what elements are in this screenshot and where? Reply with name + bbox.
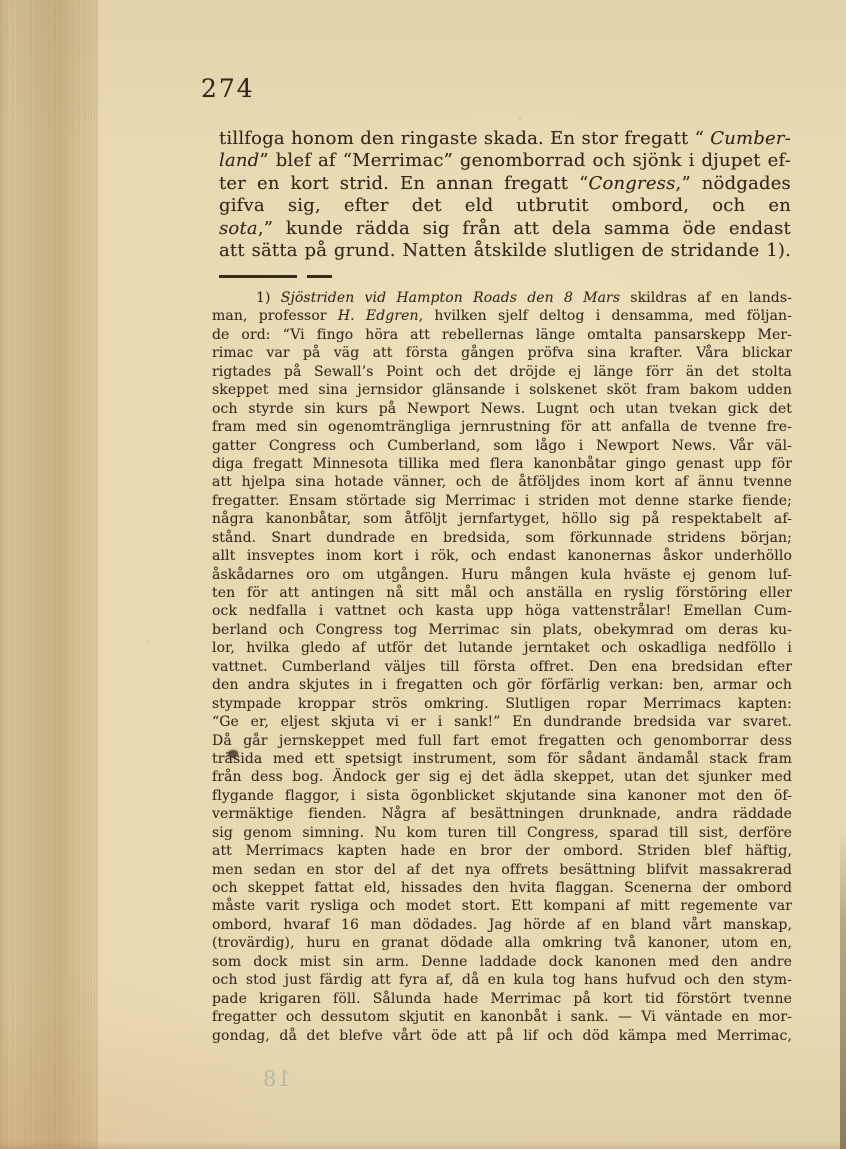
text-line: ock nedfalla i vattnet och kasta upp hög… xyxy=(212,602,792,620)
text-segment: men sedan en stor del af det nya offrets… xyxy=(212,862,792,878)
text-segment: berland och Congress tog Merrimac sin pl… xyxy=(212,622,792,638)
text-segment: “Ge er, eljest skjuta vi er i sank!” En … xyxy=(212,714,792,730)
footnote: 1) Sjöstriden vid Hampton Roads den 8 Ma… xyxy=(212,289,792,1045)
text-line: från dess bog. Ändock ger sig ej det ädl… xyxy=(212,768,792,786)
text-segment: och skeppet fattat eld, hissades den hvi… xyxy=(212,880,792,896)
text-segment: allt insveptes inom kort i rök, och enda… xyxy=(212,548,792,564)
italic-text-segment: Sjöstriden vid Hampton Roads den 8 Mars xyxy=(281,290,620,306)
text-line: diga fregatt Minnesota tillika med flera… xyxy=(212,455,792,473)
text-segment: flygande flaggor, i sista ögonblicket sk… xyxy=(212,788,792,804)
page-number: 274 xyxy=(201,74,255,103)
text-line: vermäktige fienden. Några af besättninge… xyxy=(212,805,792,823)
page-bottom-edge-shadow xyxy=(0,1141,846,1149)
text-segment: gatter Congress och Cumberland, som lågo… xyxy=(212,438,792,454)
text-segment: lor, hvilka gledo af utför det lutande j… xyxy=(212,640,792,656)
text-line: gondag, då det blefve vårt öde att på li… xyxy=(212,1027,792,1045)
text-segment: fregatter och dessutom skjutit en kanonb… xyxy=(212,1009,792,1025)
text-segment: stånd. Snart dundrade en bredsida, som f… xyxy=(212,530,792,546)
text-segment: ombord, hvaraf 16 man dödades. Jag hörde… xyxy=(212,917,792,933)
italic-text-segment: land xyxy=(219,150,259,171)
text-line: att Merrimacs kapten hade en bror der om… xyxy=(212,842,792,860)
text-segment: (trovärdig), huru en granat dödade alla … xyxy=(212,935,792,951)
text-segment: ” blef af “Merrimac” genomborrad och sjö… xyxy=(259,150,791,171)
text-line: vattnet. Cumberland väljes till första o… xyxy=(212,658,792,676)
text-line: (trovärdig), huru en granat dödade alla … xyxy=(212,934,792,952)
italic-text-segment: Cumber- xyxy=(710,128,791,149)
text-line: man, professor H. Edgren, hvilken sjelf … xyxy=(212,307,792,325)
text-line: sig genom simning. Nu kom turen till Con… xyxy=(212,824,792,842)
text-line: lor, hvilka gledo af utför det lutande j… xyxy=(212,639,792,657)
text-line: skeppet med sina jernsidor glänsande i s… xyxy=(212,381,792,399)
text-line: träsida med ett spetsigt instrument, som… xyxy=(212,750,792,768)
text-segment: och stod just färdig att fyra af, då en … xyxy=(212,972,792,988)
text-line: fregatter. Ensam störtade sig Merrimac i… xyxy=(212,492,792,510)
text-segment: fregatter. Ensam störtade sig Merrimac i… xyxy=(212,493,792,509)
separator-long-dash xyxy=(219,275,297,279)
separator-short-dash xyxy=(307,275,332,278)
text-line: sota,” kunde rädda sig från att dela sam… xyxy=(219,218,791,240)
text-segment: vermäktige fienden. Några af besättninge… xyxy=(212,806,792,822)
text-line: rimac var på väg att första gången pröfv… xyxy=(212,344,792,362)
text-segment: ,” kunde rädda sig från att dela samma ö… xyxy=(219,218,791,240)
text-line: de ord: “Vi fingo höra att rebellernas l… xyxy=(212,326,792,344)
text-line: att hjelpa sina hotade vänner, och de åt… xyxy=(212,473,792,491)
page-right-edge-shadow xyxy=(840,830,846,1149)
text-line: men sedan en stor del af det nya offrets… xyxy=(212,861,792,879)
text-segment: träsida med ett spetsigt instrument, som… xyxy=(212,751,792,767)
book-gutter-edge xyxy=(0,0,98,1149)
text-segment: man, professor xyxy=(212,308,338,324)
text-segment: 1) xyxy=(256,290,281,306)
text-segment: stympade kroppar strös omkring. Slutlige… xyxy=(212,696,792,712)
text-segment: pade krigaren föll. Sålunda hade Merrima… xyxy=(212,991,792,1007)
text-line: och styrde sin kurs på Newport News. Lug… xyxy=(212,400,792,418)
text-segment: ten för att antingen nå sitt mål och ans… xyxy=(212,585,792,601)
text-line: berland och Congress tog Merrimac sin pl… xyxy=(212,621,792,639)
text-segment: gifva sig, efter det eld utbrutit ombord… xyxy=(219,195,791,217)
italic-text-segment: sota xyxy=(219,218,258,239)
text-segment: måste varit rysliga och modet stort. Ett… xyxy=(212,898,792,914)
text-segment: fram med sin ogenomträngliga jernrustnin… xyxy=(212,419,792,435)
text-segment: vattnet. Cumberland väljes till första o… xyxy=(212,659,792,675)
text-line: land” blef af “Merrimac” genomborrad och… xyxy=(219,150,791,172)
text-segment: de ord: “Vi fingo höra att rebellernas l… xyxy=(212,327,792,343)
italic-text-segment: Congress xyxy=(588,173,675,194)
text-segment: Då går jernskeppet med full fart emot fr… xyxy=(212,733,792,749)
text-line: rigtades på Sewall’s Point och det dröjd… xyxy=(212,363,792,381)
italic-text-segment: H. Edgren xyxy=(338,308,419,324)
text-segment: tillfoga honom den ringaste skada. En st… xyxy=(219,128,710,149)
text-line: stånd. Snart dundrade en bredsida, som f… xyxy=(212,529,792,547)
text-line: fregatter och dessutom skjutit en kanonb… xyxy=(212,1008,792,1026)
text-line: och stod just färdig att fyra af, då en … xyxy=(212,971,792,989)
text-segment: diga fregatt Minnesota tillika med flera… xyxy=(212,456,792,472)
text-segment: ,” nödgades xyxy=(676,173,791,194)
text-segment: att Merrimacs kapten hade en bror der om… xyxy=(212,843,792,859)
text-segment: skildras af en lands- xyxy=(620,290,792,306)
text-line: flygande flaggor, i sista ögonblicket sk… xyxy=(212,787,792,805)
text-line: att sätta på grund. Natten åtskilde slut… xyxy=(219,240,791,262)
text-segment: att sätta på grund. Natten åtskilde slut… xyxy=(219,240,791,261)
text-line: och skeppet fattat eld, hissades den hvi… xyxy=(212,879,792,897)
text-line: “Ge er, eljest skjuta vi er i sank!” En … xyxy=(212,713,792,731)
text-line: pade krigaren föll. Sålunda hade Merrima… xyxy=(212,990,792,1008)
text-line: ter en kort strid. En annan fregatt “Con… xyxy=(219,173,791,195)
text-line: Då går jernskeppet med full fart emot fr… xyxy=(212,732,792,750)
text-line: stympade kroppar strös omkring. Slutlige… xyxy=(212,695,792,713)
main-paragraph: tillfoga honom den ringaste skada. En st… xyxy=(219,128,791,262)
text-segment: ock nedfalla i vattnet och kasta upp hög… xyxy=(212,603,792,619)
text-segment: skeppet med sina jernsidor glänsande i s… xyxy=(212,382,792,398)
text-line: ombord, hvaraf 16 man dödades. Jag hörde… xyxy=(212,916,792,934)
text-segment: från dess bog. Ändock ger sig ej det ädl… xyxy=(212,769,792,785)
text-line: åskådarnes oro om utgången. Huru mången … xyxy=(212,566,792,584)
text-segment: som dock mist sin arm. Denne laddade doc… xyxy=(212,954,792,970)
text-line: ten för att antingen nå sitt mål och ans… xyxy=(212,584,792,602)
text-line: den andra skjutes in i fregatten och gör… xyxy=(212,676,792,694)
text-line: som dock mist sin arm. Denne laddade doc… xyxy=(212,953,792,971)
footnote-separator xyxy=(219,273,799,280)
book-page: 274 tillfoga honom den ringaste skada. E… xyxy=(0,0,846,1149)
text-segment: ter en kort strid. En annan fregatt “ xyxy=(219,173,588,194)
text-segment: och styrde sin kurs på Newport News. Lug… xyxy=(212,401,792,417)
text-line: allt insveptes inom kort i rök, och enda… xyxy=(212,547,792,565)
text-segment: sig genom simning. Nu kom turen till Con… xyxy=(212,825,792,841)
text-segment: den andra skjutes in i fregatten och gör… xyxy=(212,677,792,693)
text-line: fram med sin ogenomträngliga jernrustnin… xyxy=(212,418,792,436)
text-segment: rimac var på väg att första gången pröfv… xyxy=(212,345,792,361)
text-segment: att hjelpa sina hotade vänner, och de åt… xyxy=(212,474,792,490)
text-line: några kanonbåtar, som åtföljt jernfartyg… xyxy=(212,510,792,528)
text-line: måste varit rysliga och modet stort. Ett… xyxy=(212,897,792,915)
text-segment: åskådarnes oro om utgången. Huru mången … xyxy=(212,567,792,583)
text-segment: , hvilken sjelf deltog i densamma, med f… xyxy=(419,308,792,324)
text-line: gatter Congress och Cumberland, som lågo… xyxy=(212,437,792,455)
text-segment: rigtades på Sewall’s Point och det dröjd… xyxy=(212,364,792,380)
text-segment: några kanonbåtar, som åtföljt jernfartyg… xyxy=(212,511,792,527)
bleed-through-mark: 18 xyxy=(262,1067,291,1091)
text-segment: gondag, då det blefve vårt öde att på li… xyxy=(212,1028,792,1044)
text-line: tillfoga honom den ringaste skada. En st… xyxy=(219,128,791,150)
text-line: gifva sig, efter det eld utbrutit ombord… xyxy=(219,195,791,217)
text-line: 1) Sjöstriden vid Hampton Roads den 8 Ma… xyxy=(212,289,792,307)
